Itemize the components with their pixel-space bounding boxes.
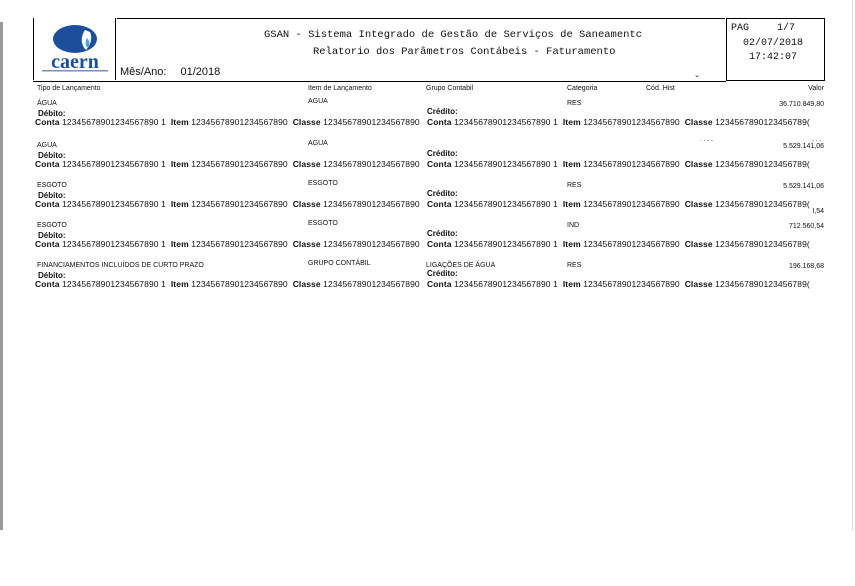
row-categoria: RES <box>567 262 581 269</box>
row-item: GRUPO CONTÁBIL <box>308 260 371 267</box>
item-value: 12345678901234567890 <box>191 117 288 127</box>
column-header-tipo: Tipo de Lançamento <box>37 85 101 92</box>
row-tipo: FINANCIAMENTOS INCLUÍDOS DE CURTO PRAZO <box>37 262 204 269</box>
conta-value: 12345678901234567890 1 <box>62 117 166 127</box>
item-label: Item <box>171 117 189 127</box>
credit-label: Crédito: <box>427 229 458 238</box>
conta-value: 12345678901234567890 1 <box>454 159 558 169</box>
item-label: Item <box>563 239 581 249</box>
credit-label: Crédito: <box>427 189 458 198</box>
conta-label: Conta <box>427 279 452 289</box>
period-value: 01/2018 <box>180 66 220 78</box>
classe-value: 12345678901234567890 <box>323 279 420 289</box>
conta-value: 12345678901234567890 1 <box>62 239 166 249</box>
credit-account-line: Conta 12345678901234567890 1 Item 123456… <box>427 239 810 249</box>
render-artifact: ‑ ‑ ‑ <box>812 138 821 144</box>
chevron-down-icon: ⌄ <box>694 71 700 79</box>
column-header-valor: Valor <box>800 85 824 92</box>
item-value: 12345678901234567890 <box>583 159 680 169</box>
row-valor: 36.710.849,80 <box>760 101 824 108</box>
item-value: 12345678901234567890 <box>191 239 288 249</box>
conta-value: 12345678901234567890 1 <box>62 199 166 209</box>
page-number: 1/7 <box>777 23 795 34</box>
render-artifact: · ‑ ‑ ‑ <box>700 138 713 144</box>
conta-value: 12345678901234567890 1 <box>454 199 558 209</box>
report-title: Relatorio dos Parâmetros Contábeis - Fat… <box>313 46 615 58</box>
row-tipo: AGUA <box>37 142 57 149</box>
item-value: 12345678901234567890 <box>191 279 288 289</box>
item-value: 12345678901234567890 <box>583 199 680 209</box>
conta-label: Conta <box>427 199 452 209</box>
row-item: AGUA <box>308 140 328 147</box>
conta-value: 12345678901234567890 1 <box>62 279 166 289</box>
item-value: 12345678901234567890 <box>583 279 680 289</box>
right-page-border <box>852 0 853 530</box>
item-value: 12345678901234567890 <box>191 159 288 169</box>
classe-label: Classe <box>293 117 321 127</box>
row-valor: 5.529.141,06 <box>760 143 824 150</box>
header-bottom-rule <box>33 81 726 82</box>
classe-label: Classe <box>685 239 713 249</box>
system-title: GSAN - Sistema Integrado de Gestão de Se… <box>264 29 642 41</box>
row-tipo: ÁGUA <box>37 100 57 107</box>
debit-account-line: Conta 12345678901234567890 1 Item 123456… <box>35 279 420 289</box>
classe-value: 12345678901234567890 <box>323 239 420 249</box>
classe-label: Classe <box>293 279 321 289</box>
conta-value: 12345678901234567890 1 <box>454 279 558 289</box>
conta-label: Conta <box>35 279 60 289</box>
page-label: PAG <box>731 23 749 34</box>
period-label: Mês/Ano: <box>120 66 166 78</box>
debit-account-line: Conta 12345678901234567890 1 Item 123456… <box>35 117 420 127</box>
left-page-border <box>0 22 3 530</box>
classe-value: 1234567890123456789( <box>715 159 810 169</box>
row-item: ESGOTO <box>308 180 338 187</box>
classe-label: Classe <box>685 117 713 127</box>
credit-account-line: Conta 12345678901234567890 1 Item 123456… <box>427 279 810 289</box>
debit-account-line: Conta 12345678901234567890 1 Item 123456… <box>35 199 420 209</box>
period-field: Mês/Ano:01/2018 <box>120 66 220 78</box>
conta-label: Conta <box>427 159 452 169</box>
row-grupo: LIGAÇÕES DE ÁGUA <box>426 262 495 269</box>
column-header-categoria: Categoria <box>567 85 597 92</box>
item-value: 12345678901234567890 <box>191 199 288 209</box>
classe-value: 12345678901234567890 <box>323 117 420 127</box>
classe-label: Classe <box>293 159 321 169</box>
row-valor: 712.560,54 <box>760 223 824 230</box>
item-label: Item <box>563 279 581 289</box>
conta-label: Conta <box>427 239 452 249</box>
row-categoria: IND <box>567 222 579 229</box>
credit-account-line: Conta 12345678901234567890 1 Item 123456… <box>427 117 810 127</box>
header-top-rule <box>117 18 725 19</box>
row-item: AGUA <box>308 98 328 105</box>
row-valor: 5.529.141,06 <box>760 183 824 190</box>
item-label: Item <box>171 159 189 169</box>
classe-value: 12345678901234567890 <box>323 159 420 169</box>
column-header-item: Item de Lançamento <box>308 85 372 92</box>
item-value: 12345678901234567890 <box>583 117 680 127</box>
column-header-grupo: Grupo Contabil <box>426 85 473 92</box>
classe-value: 1234567890123456789( <box>715 117 810 127</box>
credit-account-line: Conta 12345678901234567890 1 Item 123456… <box>427 159 810 169</box>
credit-label: Crédito: <box>427 149 458 158</box>
item-label: Item <box>563 199 581 209</box>
classe-label: Classe <box>685 159 713 169</box>
row-item: ESGOTO <box>308 220 338 227</box>
conta-label: Conta <box>35 239 60 249</box>
classe-value: 1234567890123456789( <box>715 279 810 289</box>
column-header-cod-hist: Cód. Hist <box>646 85 675 92</box>
conta-value: 12345678901234567890 1 <box>454 117 558 127</box>
debit-account-line: Conta 12345678901234567890 1 Item 123456… <box>35 239 420 249</box>
item-label: Item <box>563 159 581 169</box>
item-label: Item <box>563 117 581 127</box>
svg-text:caern: caern <box>51 51 99 73</box>
item-label: Item <box>171 239 189 249</box>
row-overflow-value: I,54 <box>790 208 824 215</box>
classe-label: Classe <box>293 199 321 209</box>
classe-value: 1234567890123456789( <box>715 239 810 249</box>
item-label: Item <box>171 279 189 289</box>
conta-label: Conta <box>35 159 60 169</box>
conta-label: Conta <box>35 117 60 127</box>
row-tipo: ESGOTO <box>37 222 67 229</box>
row-categoria: RES <box>567 100 581 107</box>
conta-label: Conta <box>427 117 452 127</box>
credit-label: Crédito: <box>427 269 458 278</box>
row-tipo: ESGOTO <box>37 182 67 189</box>
conta-value: 12345678901234567890 1 <box>454 239 558 249</box>
row-categoria: RES <box>567 182 581 189</box>
credit-account-line: Conta 12345678901234567890 1 Item 123456… <box>427 199 810 209</box>
conta-label: Conta <box>35 199 60 209</box>
caern-logo: caern <box>38 24 112 74</box>
classe-label: Classe <box>685 279 713 289</box>
row-valor: 196.168,68 <box>760 263 824 270</box>
classe-value: 12345678901234567890 <box>323 199 420 209</box>
report-date: 02/07/2018 <box>743 38 803 49</box>
report-time: 17:42:07 <box>749 52 797 63</box>
classe-label: Classe <box>685 199 713 209</box>
item-label: Item <box>171 199 189 209</box>
debit-account-line: Conta 12345678901234567890 1 Item 123456… <box>35 159 420 169</box>
item-value: 12345678901234567890 <box>583 239 680 249</box>
conta-value: 12345678901234567890 1 <box>62 159 166 169</box>
credit-label: Crédito: <box>427 107 458 116</box>
classe-label: Classe <box>293 239 321 249</box>
